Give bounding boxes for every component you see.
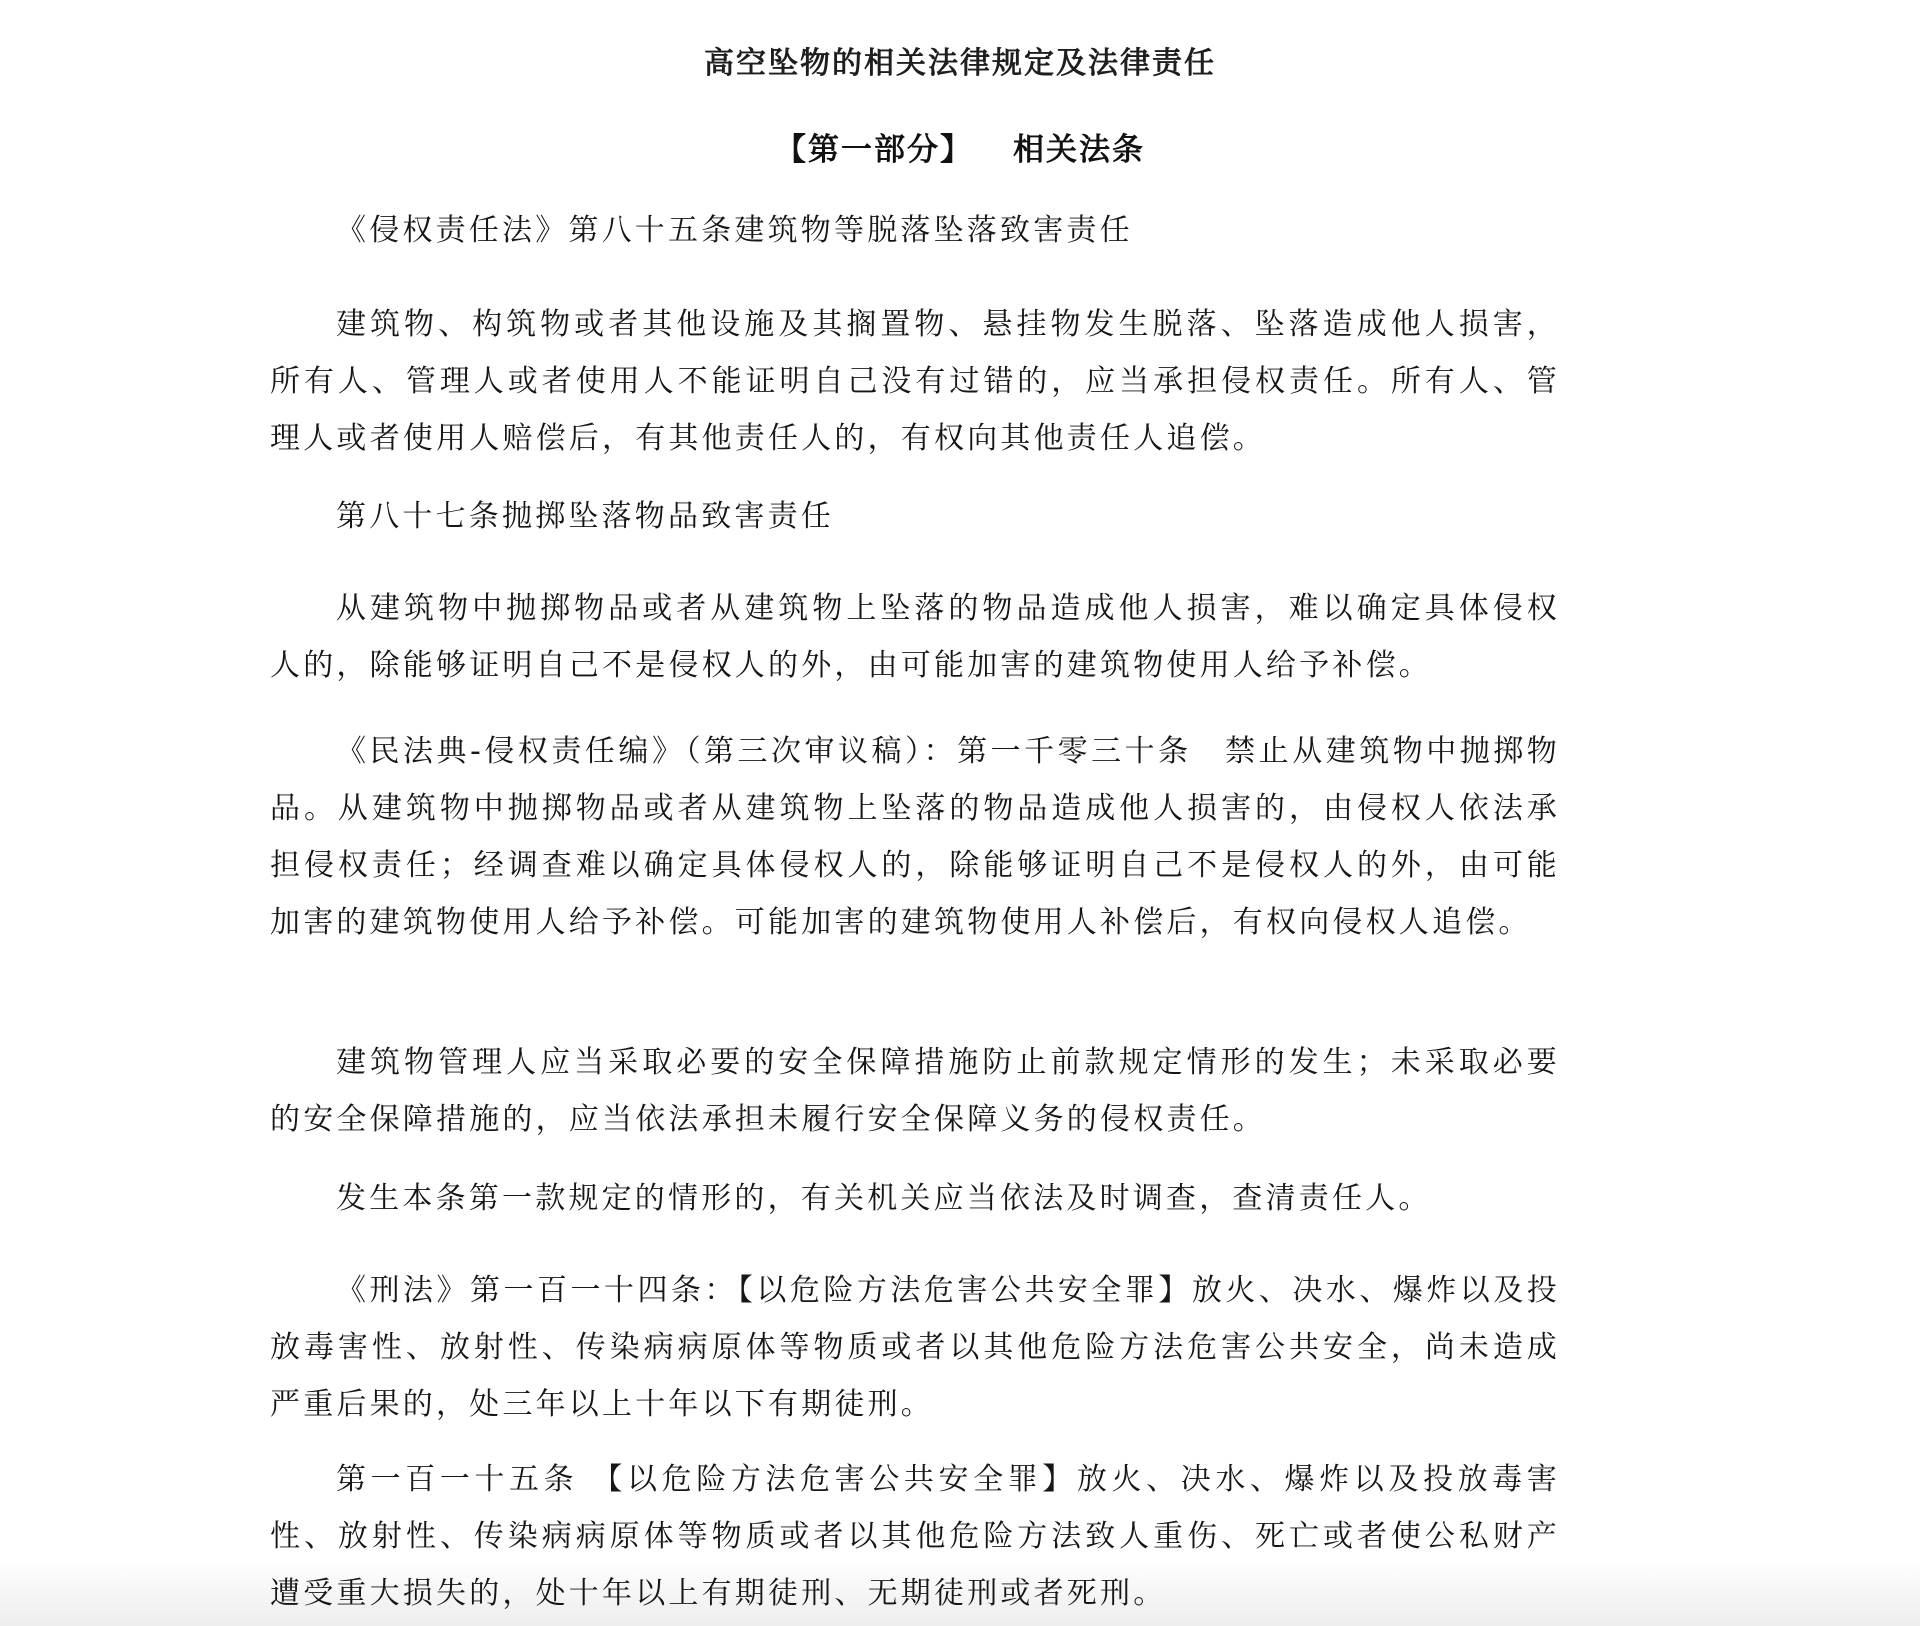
paragraph: 从建筑物中抛掷物品或者从建筑物上坠落的物品造成他人损害，难以确定具体侵权人的，除… bbox=[270, 580, 1560, 694]
paragraph: 第八十七条抛掷坠落物品致害责任 bbox=[270, 488, 1560, 545]
article-87-heading: 第八十七条抛掷坠落物品致害责任 bbox=[270, 488, 1560, 545]
document-page: 高空坠物的相关法律规定及法律责任 【第一部分】相关法条 《侵权责任法》第八十五条… bbox=[0, 0, 1920, 1626]
paragraph: 建筑物、构筑物或者其他设施及其搁置物、悬挂物发生脱落、坠落造成他人损害，所有人、… bbox=[270, 296, 1560, 467]
section-bracket-label: 【第一部分】 bbox=[775, 132, 973, 168]
civil-code-management-duty: 建筑物管理人应当采取必要的安全保障措施防止前款规定情形的发生；未采取必要的安全保… bbox=[270, 1034, 1560, 1148]
paragraph: 《侵权责任法》第八十五条建筑物等脱落坠落致害责任 bbox=[270, 202, 1560, 259]
paragraph: 《刑法》第一百一十四条：【以危险方法危害公共安全罪】放火、决水、爆炸以及投放毒害… bbox=[270, 1262, 1560, 1433]
paragraph: 《民法典-侵权责任编》（第三次审议稿）：第一千零三十条 禁止从建筑物中抛掷物品。… bbox=[270, 723, 1560, 951]
article-85-text: 建筑物、构筑物或者其他设施及其搁置物、悬挂物发生脱落、坠落造成他人损害，所有人、… bbox=[270, 296, 1560, 467]
criminal-law-article-115: 第一百一十五条 【以危险方法危害公共安全罪】放火、决水、爆炸以及投放毒害性、放射… bbox=[270, 1451, 1560, 1622]
civil-code-investigation: 发生本条第一款规定的情形的，有关机关应当依法及时调查，查清责任人。 bbox=[270, 1170, 1560, 1227]
article-85-heading: 《侵权责任法》第八十五条建筑物等脱落坠落致害责任 bbox=[270, 202, 1560, 259]
section-heading: 【第一部分】相关法条 bbox=[0, 124, 1920, 169]
article-87-text: 从建筑物中抛掷物品或者从建筑物上坠落的物品造成他人损害，难以确定具体侵权人的，除… bbox=[270, 580, 1560, 694]
paragraph: 第一百一十五条 【以危险方法危害公共安全罪】放火、决水、爆炸以及投放毒害性、放射… bbox=[270, 1451, 1560, 1622]
civil-code-article-1030: 《民法典-侵权责任编》（第三次审议稿）：第一千零三十条 禁止从建筑物中抛掷物品。… bbox=[270, 723, 1560, 951]
paragraph: 发生本条第一款规定的情形的，有关机关应当依法及时调查，查清责任人。 bbox=[270, 1170, 1560, 1227]
criminal-law-article-114: 《刑法》第一百一十四条：【以危险方法危害公共安全罪】放火、决水、爆炸以及投放毒害… bbox=[270, 1262, 1560, 1433]
document-title: 高空坠物的相关法律规定及法律责任 bbox=[0, 38, 1920, 82]
paragraph: 建筑物管理人应当采取必要的安全保障措施防止前款规定情形的发生；未采取必要的安全保… bbox=[270, 1034, 1560, 1148]
section-label: 相关法条 bbox=[1013, 132, 1145, 168]
